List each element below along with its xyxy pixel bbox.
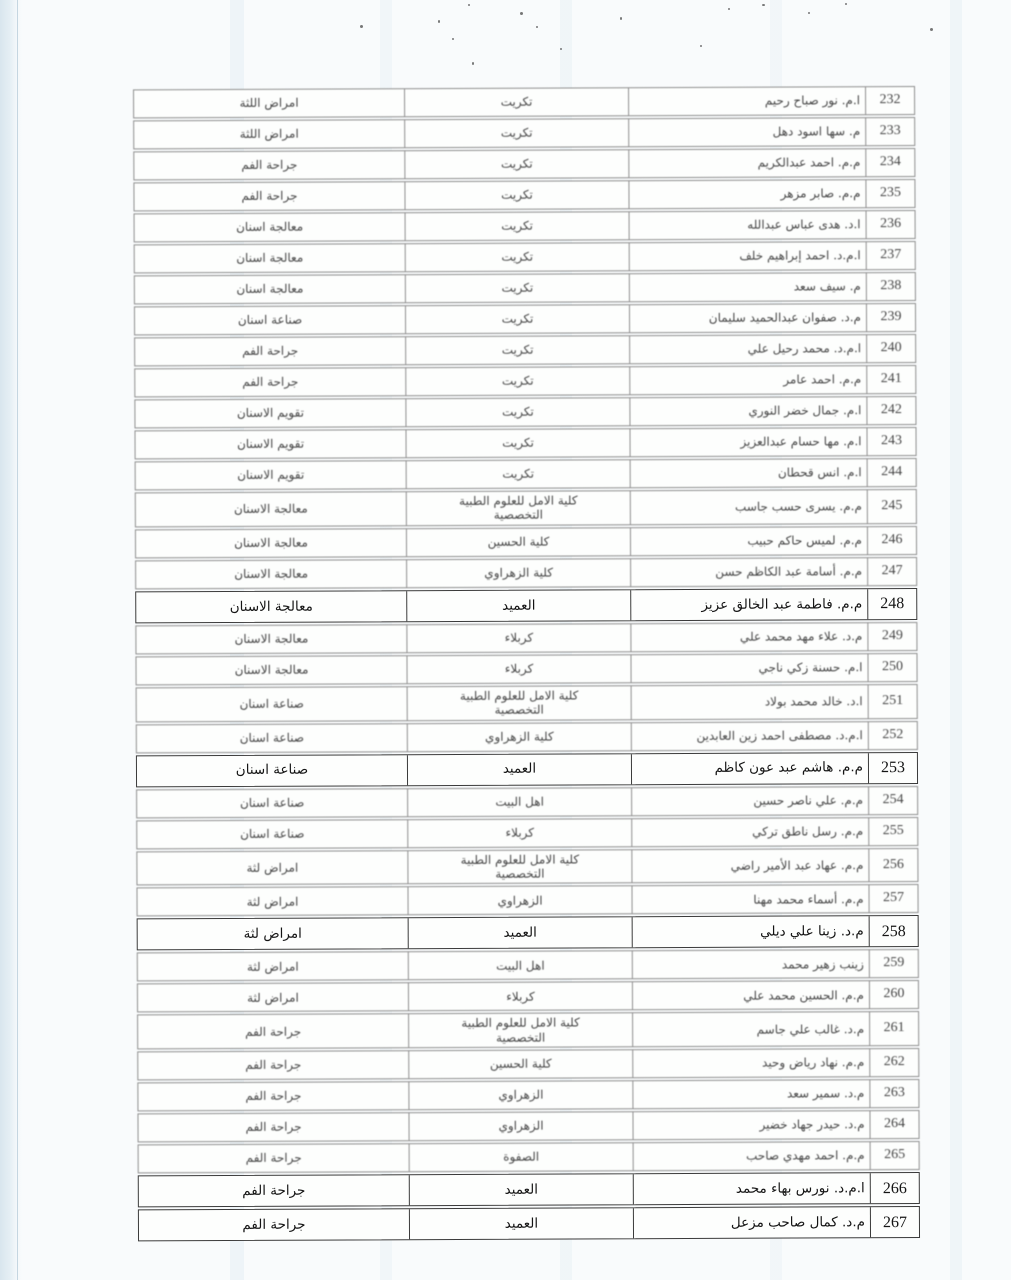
scan-speckle <box>452 38 454 40</box>
table-row: 246م.م. لميس حاكم حبيبكلية الحسينمعالجة … <box>135 526 917 558</box>
table-row: 251ا.د. خالد محمد بولادكلية الامل للعلوم… <box>136 684 918 722</box>
table-row: 263م.د. سمير سعدالزهراويجراحة الفم <box>137 1079 919 1111</box>
name-cell: م.م. الحسين محمد علي <box>633 982 870 1010</box>
row-number-cell: 247 <box>868 558 916 585</box>
college-cell: كلية الامل للعلوم الطبية التخصصية <box>407 491 631 525</box>
specialty-cell: امراض اللثة <box>134 120 405 148</box>
college-cell: العميد <box>408 754 632 785</box>
table-row: 247م.م. أسامة عبد الكاظم حسنكلية الزهراو… <box>135 557 917 589</box>
college-cell: كلية الامل للعلوم الطبية التخصصية <box>408 850 632 884</box>
row-number-cell: 232 <box>866 87 914 114</box>
row-number-cell: 236 <box>867 211 915 238</box>
college-cell: تكريت <box>405 181 629 209</box>
college-cell: تكريت <box>406 429 630 457</box>
name-cell: ا.م. مها حسام عبدالعزيز <box>630 428 867 456</box>
specialty-cell: امراض لثة <box>138 953 409 981</box>
specialty-cell: تقويم الاسنان <box>135 399 406 427</box>
table-row: 262م.م. نهاد رياض وحيدكلية الحسينجراحة ا… <box>137 1048 919 1080</box>
row-number-cell: 242 <box>867 397 915 424</box>
college-cell: الزهراوي <box>408 887 632 915</box>
college-cell: تكريت <box>406 336 630 364</box>
name-cell: م.م. رسل ناطق تركي <box>632 818 869 846</box>
row-number-cell: 252 <box>869 722 917 749</box>
scan-speckle <box>808 12 810 14</box>
row-number-cell: 246 <box>868 527 916 554</box>
scan-speckle <box>620 17 622 20</box>
table-row: 258م.د. زينا علي ديليالعميدامراض لثة <box>137 915 919 950</box>
row-number-cell: 266 <box>871 1173 919 1203</box>
name-cell: م. سيف سعد <box>630 273 867 301</box>
row-number-cell: 239 <box>867 304 915 331</box>
name-cell: ا.م. انس قحطان <box>631 459 868 487</box>
table-row: 234م.م. احمد عبدالكريمتكريتجراحة الفم <box>133 148 915 180</box>
notebook-margin-line <box>17 0 18 1280</box>
college-cell: تكريت <box>405 88 629 116</box>
name-cell: م.م. علي ناصر حسين <box>632 787 869 815</box>
table-row: 250ا.م. حسنة زكي ناجيكربلاءمعالجة الاسنا… <box>135 653 917 685</box>
faculty-assignments-table: 232ا.م. نور صباح رحيمتكريتامراض اللثة233… <box>133 86 920 1244</box>
specialty-cell: صناعة اسنان <box>135 306 406 334</box>
table-row: 257م.م. أسماء محمد مهناالزهراويامراض لثة <box>136 884 918 916</box>
name-cell: م.د. صفوان عبدالحميد سليمان <box>630 304 867 332</box>
row-number-cell: 262 <box>870 1049 918 1076</box>
name-cell: م.م. احمد عبدالكريم <box>629 149 866 177</box>
name-cell: م.م. هاشم عبد عون كاظم <box>632 753 869 784</box>
row-number-cell: 235 <box>866 180 914 207</box>
table-row: 261م.د. غالب علي جاسمكلية الامل للعلوم ا… <box>137 1011 919 1049</box>
name-cell: م.م. أسامة عبد الكاظم حسن <box>631 558 868 586</box>
specialty-cell: جراحة الفم <box>139 1209 410 1240</box>
row-number-cell: 243 <box>867 428 915 455</box>
name-cell: م.م. فاطمة عبد الخالق عزيز <box>631 589 868 620</box>
row-number-cell: 233 <box>866 118 914 145</box>
college-cell: كلية الزهراوي <box>407 559 631 587</box>
college-cell: الزهراوي <box>409 1081 633 1109</box>
row-number-cell: 244 <box>868 459 916 486</box>
specialty-cell: معالجة الاسنان <box>136 492 407 526</box>
college-cell: كربلاء <box>407 624 631 652</box>
table-row: 260م.م. الحسين محمد عليكربلاءامراض لثة <box>137 980 919 1012</box>
row-number-cell: 253 <box>869 753 917 783</box>
row-number-cell: 256 <box>869 849 917 882</box>
college-cell: اهل البيت <box>409 952 633 980</box>
specialty-cell: امراض لثة <box>137 851 408 885</box>
table-row: 232ا.م. نور صباح رحيمتكريتامراض اللثة <box>133 86 915 118</box>
table-row: 255م.م. رسل ناطق تركيكربلاءصناعة اسنان <box>136 817 918 849</box>
table-row: 253م.م. هاشم عبد عون كاظمالعميدصناعة اسن… <box>136 752 918 787</box>
name-cell: م.م. يسرى حسب جاسب <box>631 490 868 524</box>
scan-speckle <box>845 3 847 5</box>
college-cell: كلية الامل للعلوم الطبية التخصصية <box>408 686 632 720</box>
row-number-cell: 254 <box>869 787 917 814</box>
table-row: 252ا.م.د. مصطفى احمد زين العابدينكلية ال… <box>136 721 918 753</box>
table-row: 248م.م. فاطمة عبد الخالق عزيزالعميدمعالج… <box>135 588 917 623</box>
name-cell: م.م. لميس حاكم حبيب <box>631 527 868 555</box>
college-cell: كربلاء <box>409 983 633 1011</box>
scan-speckle <box>438 20 440 23</box>
name-cell: م.د. حيدر جهاد خضير <box>633 1111 870 1139</box>
name-cell: ا.م. حسنة زكي ناجي <box>631 654 868 682</box>
name-cell: ا.م. نور صباح رحيم <box>629 87 866 115</box>
specialty-cell: جراحة الفم <box>138 1082 409 1110</box>
table-row: 241م.م. احمد عامرتكريتجراحة الفم <box>134 365 916 397</box>
row-number-cell: 237 <box>867 242 915 269</box>
specialty-cell: جراحة الفم <box>138 1113 409 1141</box>
college-cell: الصفوة <box>410 1143 634 1171</box>
table-row: 256م.م. عهاد عبد الأمير راضيكلية الامل ل… <box>136 848 918 886</box>
college-cell: كلية الحسين <box>409 1050 633 1078</box>
name-cell: م.م. احمد مهدي صاحب <box>634 1142 871 1170</box>
college-cell: تكريت <box>407 460 631 488</box>
specialty-cell: امراض لثة <box>138 984 409 1012</box>
table-row: 237ا.م.د. احمد إبراهيم خلفتكريتمعالجة اس… <box>134 241 916 273</box>
table-row: 236ا.د. هدى عباس عبداللهتكريتمعالجة اسنا… <box>134 210 916 242</box>
college-cell: العميد <box>410 1174 634 1205</box>
row-number-cell: 241 <box>867 366 915 393</box>
name-cell: ا.د. هدى عباس عبدالله <box>630 211 867 239</box>
college-cell: تكريت <box>406 305 630 333</box>
specialty-cell: جراحة الفم <box>135 337 406 365</box>
row-number-cell: 249 <box>868 623 916 650</box>
specialty-cell: جراحة الفم <box>138 1051 409 1079</box>
college-cell: العميد <box>407 590 631 621</box>
name-cell: ا.م.د. مصطفى احمد زين العابدين <box>632 722 869 750</box>
table-row: 240ا.م.د. محمد رحيل عليتكريتجراحة الفم <box>134 334 916 366</box>
college-cell: كلية الحسين <box>407 528 631 556</box>
row-number-cell: 257 <box>869 885 917 912</box>
specialty-cell: جراحة الفم <box>134 182 405 210</box>
row-number-cell: 265 <box>871 1142 919 1169</box>
table-row: 249م.د. علاء مهد محمد عليكربلاءمعالجة ال… <box>135 622 917 654</box>
name-cell: م.م. نهاد رياض وحيد <box>633 1049 870 1077</box>
row-number-cell: 240 <box>867 335 915 362</box>
table-row: 254م.م. علي ناصر حسيناهل البيتصناعة اسنا… <box>136 786 918 818</box>
name-cell: م.م. احمد عامر <box>630 366 867 394</box>
table-row: 243ا.م. مها حسام عبدالعزيزتكريتتقويم الا… <box>134 427 916 459</box>
row-number-cell: 264 <box>870 1111 918 1138</box>
row-number-cell: 260 <box>870 981 918 1008</box>
name-cell: م.د. زينا علي ديلي <box>633 917 870 948</box>
college-cell: العميد <box>409 918 633 949</box>
specialty-cell: معالجة اسنان <box>135 275 406 303</box>
scan-speckle <box>472 62 474 65</box>
college-cell: تكريت <box>405 119 629 147</box>
specialty-cell: صناعة اسنان <box>137 687 408 721</box>
row-number-cell: 245 <box>868 490 916 523</box>
college-cell: تكريت <box>406 367 630 395</box>
college-cell: تكريت <box>406 274 630 302</box>
college-cell: العميد <box>410 1208 634 1239</box>
scan-speckle <box>700 45 702 47</box>
specialty-cell: معالجة الاسنان <box>136 560 407 588</box>
table-row: 244ا.م. انس قحطانتكريتتقويم الاسنان <box>135 458 917 490</box>
table-row: 266ا.م.د. نورس بهاء محمدالعميدجراحة الفم <box>138 1172 920 1207</box>
row-number-cell: 263 <box>870 1080 918 1107</box>
specialty-cell: معالجة الاسنان <box>136 591 407 622</box>
table-row: 245م.م. يسرى حسب جاسبكلية الامل للعلوم ا… <box>135 489 917 527</box>
name-cell: م.د. سمير سعد <box>633 1080 870 1108</box>
scan-speckle <box>560 48 562 50</box>
row-number-cell: 258 <box>870 916 918 946</box>
row-number-cell: 259 <box>870 950 918 977</box>
specialty-cell: جراحة الفم <box>139 1175 410 1206</box>
name-cell: م.د. كمال صاحب مزعل <box>634 1207 871 1238</box>
specialty-cell: معالجة الاسنان <box>136 625 407 653</box>
table-row: 242ا.م. جمال خضر النوريتكريتتقويم الاسنا… <box>134 396 916 428</box>
college-cell: اهل البيت <box>408 788 632 816</box>
specialty-cell: جراحة الفم <box>134 151 405 179</box>
specialty-cell: صناعة اسنان <box>137 820 408 848</box>
scan-speckle <box>536 26 538 28</box>
college-cell: كلية الزهراوي <box>408 723 632 751</box>
name-cell: م.د. غالب علي جاسم <box>633 1013 870 1047</box>
name-cell: ا.د. خالد محمد بولاد <box>632 685 869 719</box>
scan-speckle <box>728 8 730 10</box>
name-cell: ا.م.د. احمد إبراهيم خلف <box>630 242 867 270</box>
scan-speckle <box>930 28 933 31</box>
specialty-cell: جراحة الفم <box>138 1015 409 1049</box>
row-number-cell: 248 <box>868 589 916 619</box>
scan-speckle <box>360 25 363 28</box>
table-row: 238م. سيف سعدتكريتمعالجة اسنان <box>134 272 916 304</box>
college-cell: كربلاء <box>407 655 631 683</box>
specialty-cell: صناعة اسنان <box>137 724 408 752</box>
college-cell: كلية الامل للعلوم الطبية التخصصية <box>409 1014 633 1048</box>
name-cell: م. سها اسود دهل <box>629 118 866 146</box>
college-cell: الزهراوي <box>409 1112 633 1140</box>
table-row: 233م. سها اسود دهلتكريتامراض اللثة <box>133 117 915 149</box>
specialty-cell: معالجة اسنان <box>135 213 406 241</box>
specialty-cell: جراحة الفم <box>139 1144 410 1172</box>
row-number-cell: 238 <box>867 273 915 300</box>
name-cell: م.د. علاء مهد محمد علي <box>631 623 868 651</box>
table-row: 265م.م. احمد مهدي صاحبالصفوةجراحة الفم <box>138 1141 920 1173</box>
college-cell: كربلاء <box>408 819 632 847</box>
specialty-cell: معالجة الاسنان <box>136 529 407 557</box>
specialty-cell: جراحة الفم <box>135 368 406 396</box>
college-cell: تكريت <box>406 212 630 240</box>
table-row: 235م.م. صابر مزهرتكريتجراحة الفم <box>133 179 915 211</box>
college-cell: تكريت <box>406 243 630 271</box>
table-row: 264م.د. حيدر جهاد خضيرالزهراويجراحة الفم <box>137 1110 919 1142</box>
specialty-cell: صناعة اسنان <box>137 789 408 817</box>
row-number-cell: 261 <box>870 1012 918 1045</box>
name-cell: م.م. أسماء محمد مهنا <box>632 886 869 914</box>
row-number-cell: 250 <box>868 654 916 681</box>
name-cell: زينب زهير محمد <box>633 951 870 979</box>
name-cell: م.م. عهاد عبد الأمير راضي <box>632 849 869 883</box>
row-number-cell: 255 <box>869 818 917 845</box>
specialty-cell: معالجة الاسنان <box>136 656 407 684</box>
name-cell: م.م. صابر مزهر <box>629 180 866 208</box>
row-number-cell: 234 <box>866 149 914 176</box>
scan-speckle <box>468 4 470 6</box>
scan-speckle <box>762 4 765 6</box>
specialty-cell: تقويم الاسنان <box>136 461 407 489</box>
specialty-cell: امراض لثة <box>137 888 408 916</box>
row-number-cell: 251 <box>869 685 917 718</box>
table-row: 267م.د. كمال صاحب مزعلالعميدجراحة الفم <box>138 1206 920 1241</box>
specialty-cell: امراض اللثة <box>134 89 405 117</box>
table-row: 259زينب زهير محمداهل البيتامراض لثة <box>137 949 919 981</box>
name-cell: ا.م.د. محمد رحيل علي <box>630 335 867 363</box>
specialty-cell: امراض لثة <box>138 919 409 950</box>
name-cell: ا.م.د. نورس بهاء محمد <box>634 1173 871 1204</box>
name-cell: ا.م. جمال خضر النوري <box>630 397 867 425</box>
table-row: 239م.د. صفوان عبدالحميد سليمانتكريتصناعة… <box>134 303 916 335</box>
specialty-cell: تقويم الاسنان <box>135 430 406 458</box>
scan-speckle <box>520 12 523 15</box>
row-number-cell: 267 <box>871 1207 919 1237</box>
college-cell: تكريت <box>405 150 629 178</box>
college-cell: تكريت <box>406 398 630 426</box>
specialty-cell: صناعة اسنان <box>137 755 408 786</box>
specialty-cell: معالجة اسنان <box>135 244 406 272</box>
scanned-page: 232ا.م. نور صباح رحيمتكريتامراض اللثة233… <box>0 0 1011 1280</box>
